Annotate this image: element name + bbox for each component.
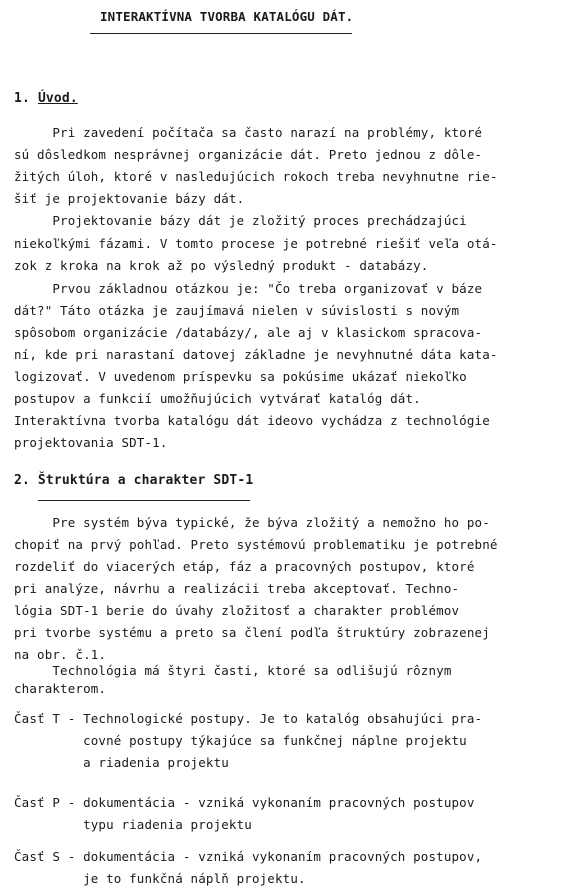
part-line: Časť P - dokumentácia - vzniká vykonaním… [14,792,475,814]
paragraph-line: ní, kde pri narastaní datovej základne j… [14,344,498,366]
paragraph-line: Interaktívna tvorba katalógu dát ideovo … [14,410,490,432]
paragraph-line: sú dôsledkom nesprávnej organizácie dát.… [14,144,482,166]
paragraph-line: postupov a funkcií umožňujúcich vytvárať… [14,388,421,410]
part-line: Časť S - dokumentácia - vzniká vykonaním… [14,846,482,868]
part-line: covné postupy týkajúce sa funkčnej nápln… [14,730,467,752]
paragraph-line: chopiť na prvý pohľad. Preto systémovú p… [14,534,498,556]
paragraph-line: dát?" Táto otázka je zaujímavá nielen v … [14,300,459,322]
part-line: typu riadenia projektu [14,814,252,836]
paragraph-line: logizovať. V uvedenom príspevku sa pokús… [14,366,467,388]
paragraph-line: zok z kroka na krok až po výsledný produ… [14,255,428,277]
document-title: INTERAKTÍVNA TVORBA KATALÓGU DÁT. [100,6,353,28]
section-2-underline [38,500,250,501]
paragraph-line: niekoľkými fázami. V tomto procese je po… [14,233,498,255]
paragraph-line: projektovania SDT-1. [14,432,168,454]
paragraph-line: charakterom. [14,678,106,700]
paragraph-line: pri analýze, návrhu a realizácii treba a… [14,578,459,600]
paragraph-line: spôsobom organizácie /databázy/, ale aj … [14,322,482,344]
section-1-title: Úvod. [38,91,78,106]
section-1-heading: 1. Úvod. [14,88,78,110]
paragraph-line: šiť je projektovanie bázy dát. [14,188,244,210]
paragraph-line: rozdeliť do viacerých etáp, fáz a pracov… [14,556,475,578]
paragraph-line: pri tvorbe systému a preto sa člení podľ… [14,622,490,644]
paragraph-line: lógia SDT-1 berie do úvahy zložitosť a c… [14,600,459,622]
title-underline [90,33,352,34]
section-1-number: 1. [14,91,38,106]
paragraph-line: Pre systém býva typické, že býva zložitý… [14,512,490,534]
paragraph-line: Projektovanie bázy dát je zložitý proces… [14,210,467,232]
part-line: Časť T - Technologické postupy. Je to ka… [14,708,482,730]
document-page: INTERAKTÍVNA TVORBA KATALÓGU DÁT. 1. Úvo… [0,0,581,895]
paragraph-line: Prvou základnou otázkou je: "Čo treba or… [14,278,482,300]
part-line: a riadenia projektu [14,752,229,774]
part-line: je to funkčná náplň projektu. [14,868,306,890]
section-2-heading: 2. Štruktúra a charakter SDT-1 [14,470,253,492]
paragraph-line: Pri zavedení počítača sa často narazí na… [14,122,482,144]
paragraph-line: žitých úloh, ktoré v nasledujúcich rokoc… [14,166,498,188]
